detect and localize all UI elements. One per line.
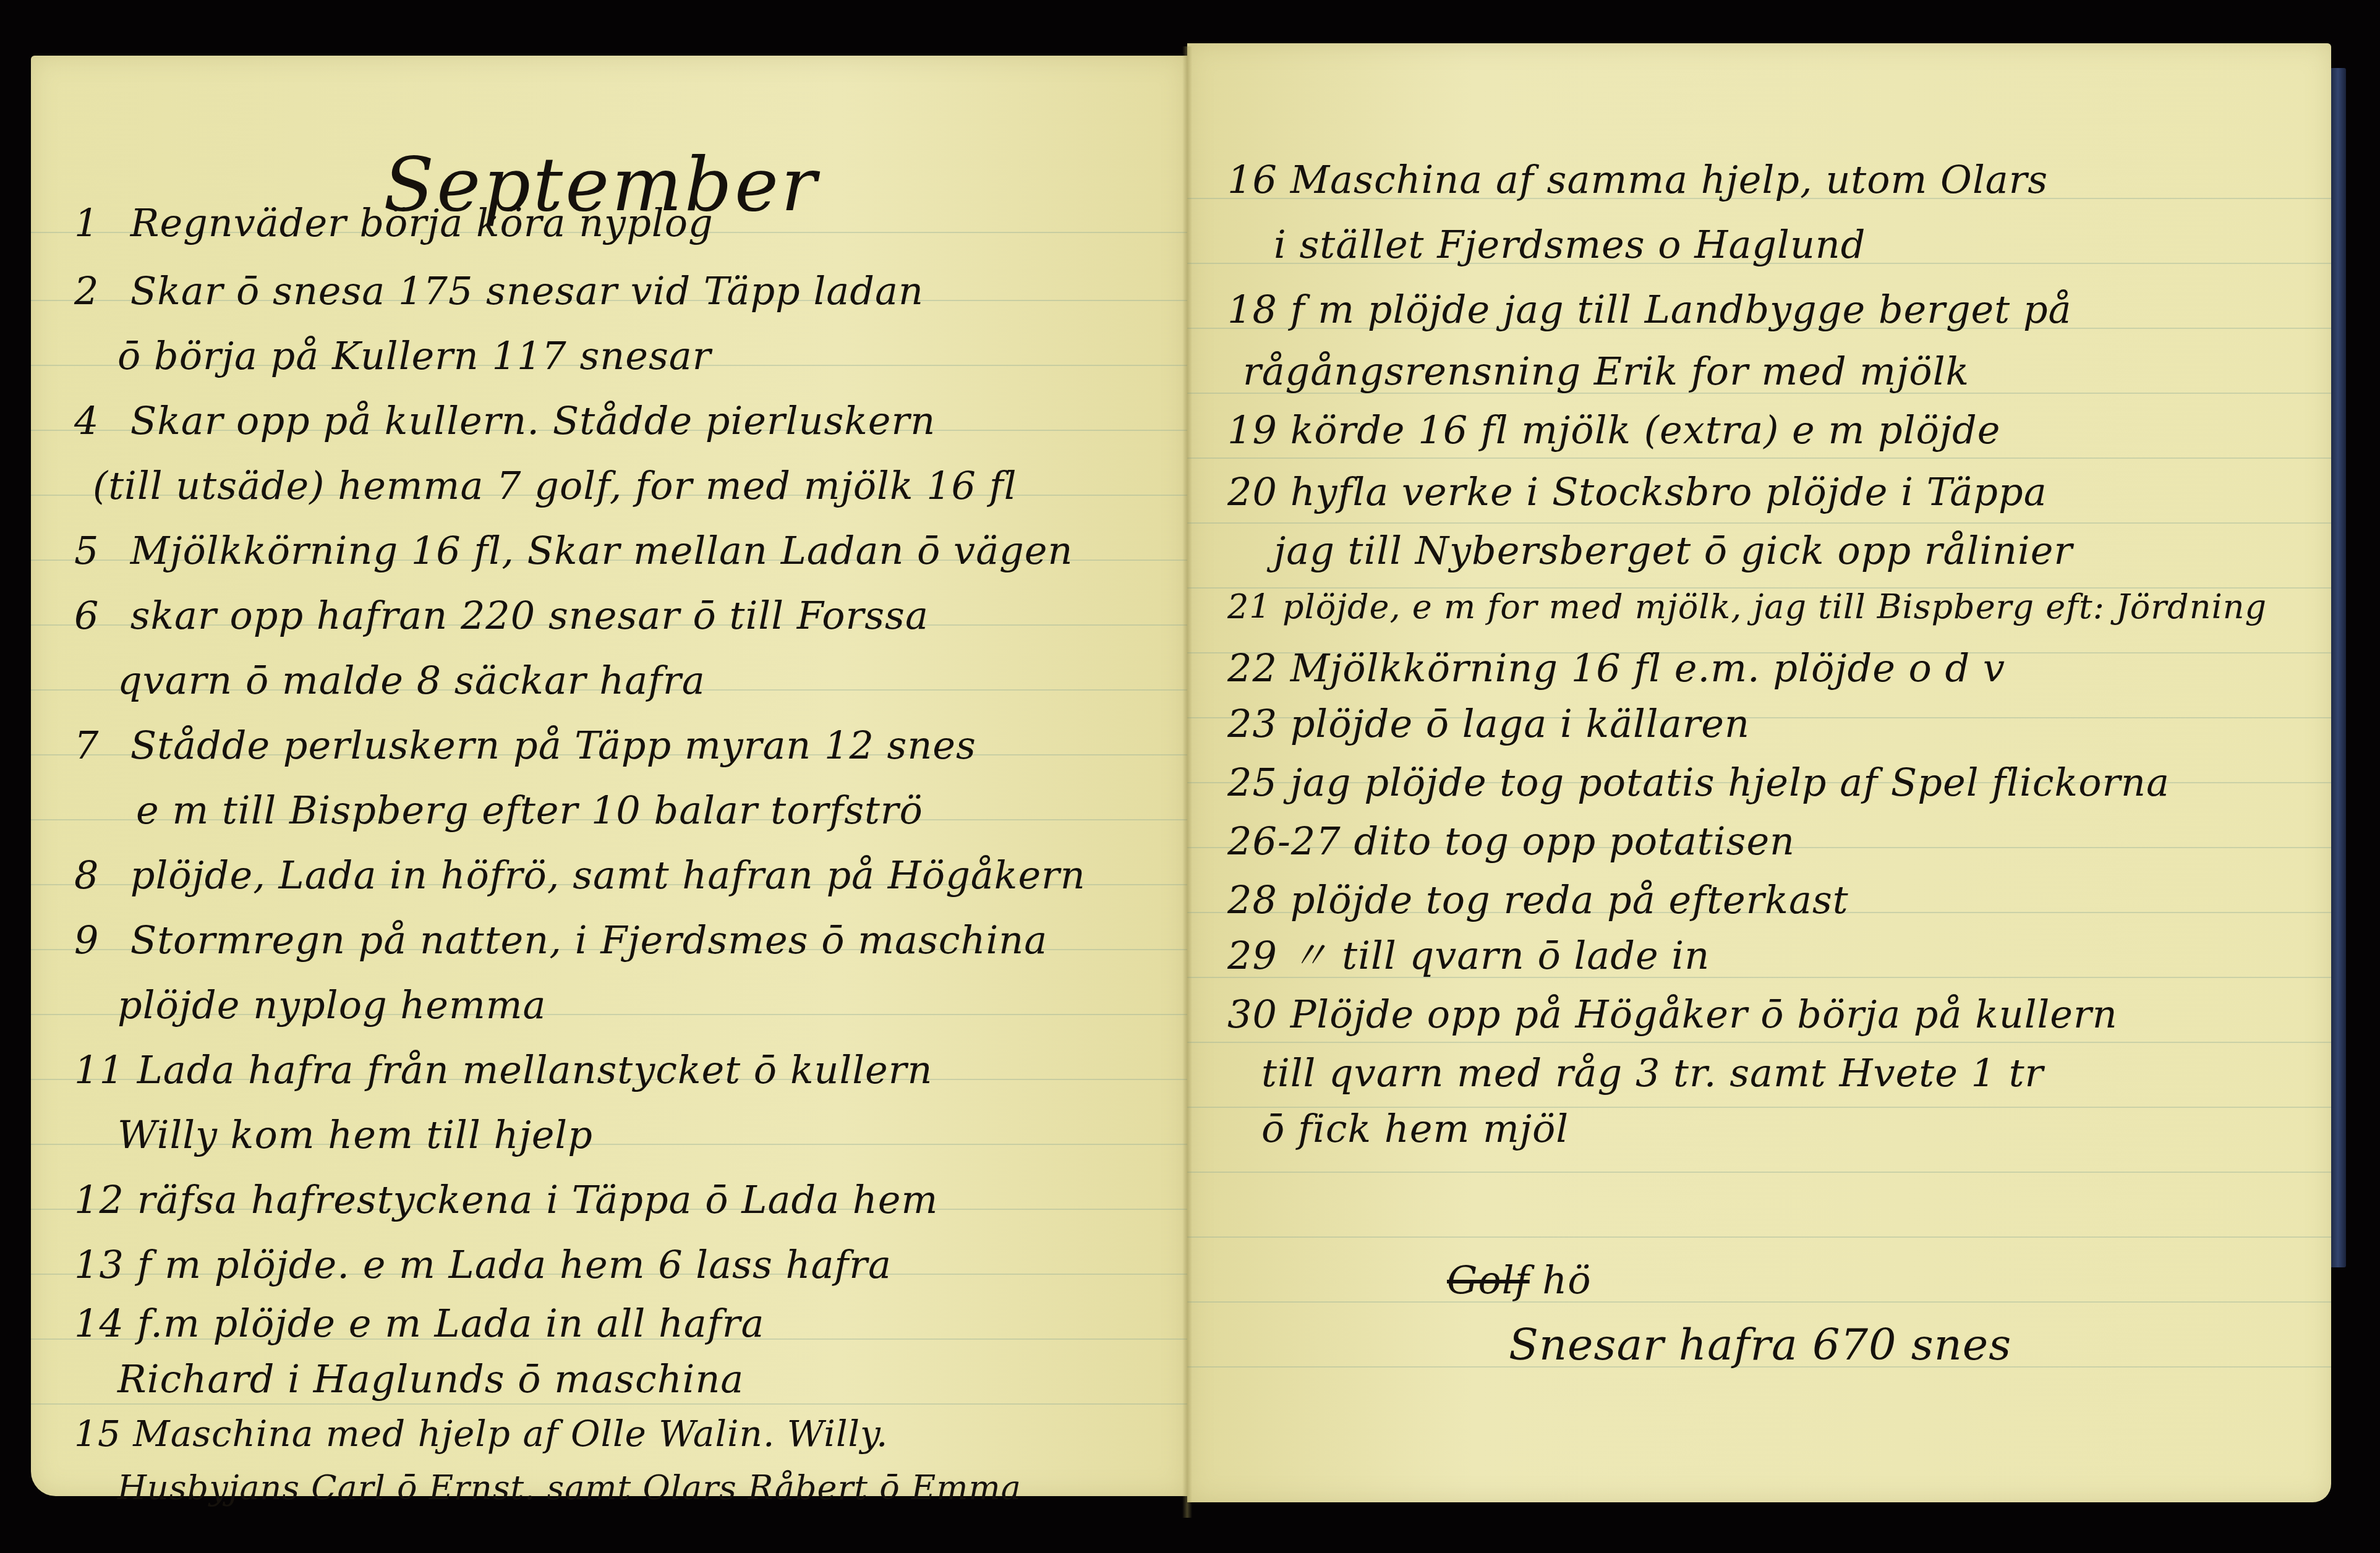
entry-line: Richard i Haglunds ō maschina <box>117 1360 744 1398</box>
entry-line: 28 plöjde tog reda på efterkast <box>1227 881 1849 919</box>
summary-heading: Golf hö <box>1447 1261 1592 1300</box>
entry-line: 11 Lada hafra från mellanstycket ō kulle… <box>74 1051 932 1089</box>
entry-line: (till utsäde) hemma 7 golf, for med mjöl… <box>93 467 1017 505</box>
entry-line: 2 Skar ō snesa 175 snesar vid Täpp ladan <box>74 272 924 310</box>
entry-line: Willy kom hem till hjelp <box>117 1116 593 1154</box>
entry-line: jag till Nybersberget ō gick opp rålinie… <box>1274 532 2073 570</box>
entry-line: 7 Stådde perluskern på Täpp myran 12 sne… <box>74 726 976 765</box>
entry-line: e m till Bispberg efter 10 balar torfstr… <box>136 791 923 830</box>
rule-line <box>31 1403 1187 1405</box>
entry-line: 19 körde 16 fl mjölk (extra) e m plöjde <box>1227 411 2000 449</box>
entry-line: ō börja på Kullern 117 snesar <box>117 337 711 375</box>
entry-line: qvarn ō malde 8 säckar hafra <box>117 662 706 700</box>
entry-line: 25 jag plöjde tog potatis hjelp af Spel … <box>1227 764 2170 802</box>
open-notebook: September 1 Regnväder börja köra nyplog … <box>0 0 2380 1553</box>
entry-line: 16 Maschina af samma hjelp, utom Olars <box>1227 161 2048 199</box>
entry-line: 12 räfsa hafrestyckena i Täppa ō Lada he… <box>74 1181 938 1219</box>
rule-line <box>1187 1172 2331 1173</box>
notebook-cover-edge <box>2330 68 2346 1267</box>
entry-line: 30 Plöjde opp på Högåker ō börja på kull… <box>1227 995 2118 1034</box>
rule-line <box>1187 1042 2331 1043</box>
entry-line: 29 〃 till qvarn ō lade in <box>1227 937 1710 975</box>
entry-line: 15 Maschina med hjelp af Olle Walin. Wil… <box>74 1416 889 1452</box>
entry-line: 22 Mjölkkörning 16 fl e.m. plöjde o d v <box>1227 649 2005 687</box>
entry-line: ō fick hem mjöl <box>1261 1110 1569 1148</box>
rule-line <box>1187 457 2331 459</box>
entry-line: 23 plöjde ō laga i källaren <box>1227 705 1750 743</box>
book-spine-gutter <box>1182 46 1192 1518</box>
entry-line: 5 Mjölkkörning 16 fl, Skar mellan Ladan … <box>74 532 1073 570</box>
entry-line: Husbyjans Carl ō Ernst. samt Olars Råber… <box>117 1471 1022 1505</box>
entry-line: 14 f.m plöjde e m Lada in all hafra <box>74 1304 764 1343</box>
entry-line: 13 f m plöjde. e m Lada hem 6 lass hafra <box>74 1246 892 1284</box>
entry-line: 20 hyfla verke i Stocksbro plöjde i Täpp… <box>1227 473 2047 511</box>
entry-line: rågångsrensning Erik for med mjölk <box>1243 352 1969 391</box>
summary-total: Snesar hafra 670 snes <box>1509 1323 2011 1366</box>
entry-line: 1 Regnväder börja köra nyplog <box>74 204 714 242</box>
entry-line: 4 Skar opp på kullern. Stådde pierlusker… <box>74 402 936 440</box>
entry-line: 6 skar opp hafran 220 snesar ō till Fors… <box>74 597 929 635</box>
entry-line: i stället Fjerdsmes o Haglund <box>1274 226 1866 264</box>
entry-line: 21 plöjde, e m for med mjölk, jag till B… <box>1227 590 2267 624</box>
entry-line: 8 plöjde, Lada in höfrö, samt hafran på … <box>74 856 1086 895</box>
entry-line: plöjde nyplog hemma <box>117 986 547 1024</box>
entry-line: 18 f m plöjde jag till Landbygge berget … <box>1227 291 2072 329</box>
rule-line <box>1187 522 2331 524</box>
entry-line: 26-27 dito tog opp potatisen <box>1227 822 1795 861</box>
rule-line <box>1187 1236 2331 1238</box>
entry-line: till qvarn med råg 3 tr. samt Hvete 1 tr <box>1261 1054 2044 1092</box>
entry-line: 9 Stormregn på natten, i Fjerdsmes ō mas… <box>74 921 1047 959</box>
rule-line <box>1187 1301 2331 1303</box>
